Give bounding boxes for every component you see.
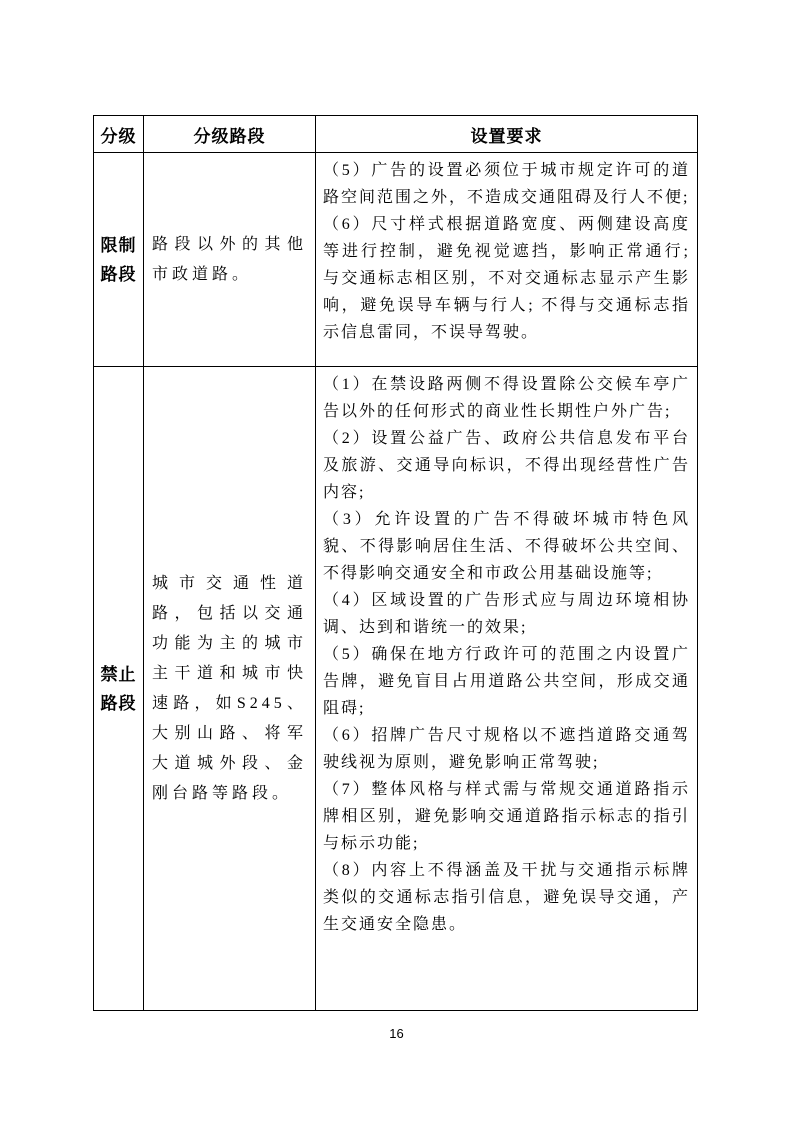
- requirement-item: （3）允许设置的广告不得破坏城市特色风貌、不得影响居住生活、不得破坏公共空间、不…: [323, 506, 690, 587]
- requirement-item: （5）广告的设置必须位于城市规定许可的道路空间范围之外，不造成交通阻碍及行人不便…: [323, 157, 690, 211]
- requirement-item: （4）区域设置的广告形式应与周边环境相协调、达到和谐统一的效果;: [323, 587, 690, 641]
- requirements-cell-forbidden: （1）在禁设路两侧不得设置除公交候车亭广告以外的任何形式的商业性长期性户外广告;…: [316, 367, 698, 1011]
- requirement-item: （2）设置公益广告、政府公共信息发布平台及旅游、交通导向标识，不得出现经营性广告…: [323, 425, 690, 506]
- document-page: 分级 分级路段 设置要求 限制路段 路段以外的其他市政道路。 （5）广告的设置必…: [0, 0, 793, 1122]
- section-cell-restricted: 路段以外的其他市政道路。: [144, 153, 316, 367]
- requirement-item: （5）确保在地方行政许可的范围之内设置广告牌，避免盲目占用道路公共空间，形成交通…: [323, 641, 690, 722]
- requirement-item: （6）招牌广告尺寸规格以不遮挡道路交通驾驶线视为原则，避免影响正常驾驶;: [323, 722, 690, 776]
- road-grade-requirements-table: 分级 分级路段 设置要求 限制路段 路段以外的其他市政道路。 （5）广告的设置必…: [93, 115, 698, 1011]
- table-row-restricted-sections: 限制路段 路段以外的其他市政道路。 （5）广告的设置必须位于城市规定许可的道路空…: [94, 153, 698, 367]
- requirement-item: （6）尺寸样式根据道路宽度、两侧建设高度等进行控制，避免视觉遮挡，影响正常通行;…: [323, 211, 690, 346]
- table-row-forbidden-sections: 禁止路段 城市交通性道路，包括以交通功能为主的城市主干道和城市快速路，如S245…: [94, 367, 698, 1011]
- column-header-grade: 分级: [94, 116, 144, 153]
- section-cell-forbidden: 城市交通性道路，包括以交通功能为主的城市主干道和城市快速路，如S245、大别山路…: [144, 367, 316, 1011]
- grade-cell-forbidden: 禁止路段: [94, 367, 144, 1011]
- column-header-section: 分级路段: [144, 116, 316, 153]
- requirement-item: （1）在禁设路两侧不得设置除公交候车亭广告以外的任何形式的商业性长期性户外广告;: [323, 371, 690, 425]
- table-header-row: 分级 分级路段 设置要求: [94, 116, 698, 153]
- page-number: 16: [0, 1026, 793, 1041]
- requirements-cell-restricted: （5）广告的设置必须位于城市规定许可的道路空间范围之外，不造成交通阻碍及行人不便…: [316, 153, 698, 367]
- requirement-item: （8）内容上不得涵盖及干扰与交通指示标牌类似的交通标志指引信息，避免误导交通，产…: [323, 857, 690, 938]
- column-header-requirements: 设置要求: [316, 116, 698, 153]
- requirement-item: （7）整体风格与样式需与常规交通道路指示牌相区别，避免影响交通道路指示标志的指引…: [323, 776, 690, 857]
- grade-cell-restricted: 限制路段: [94, 153, 144, 367]
